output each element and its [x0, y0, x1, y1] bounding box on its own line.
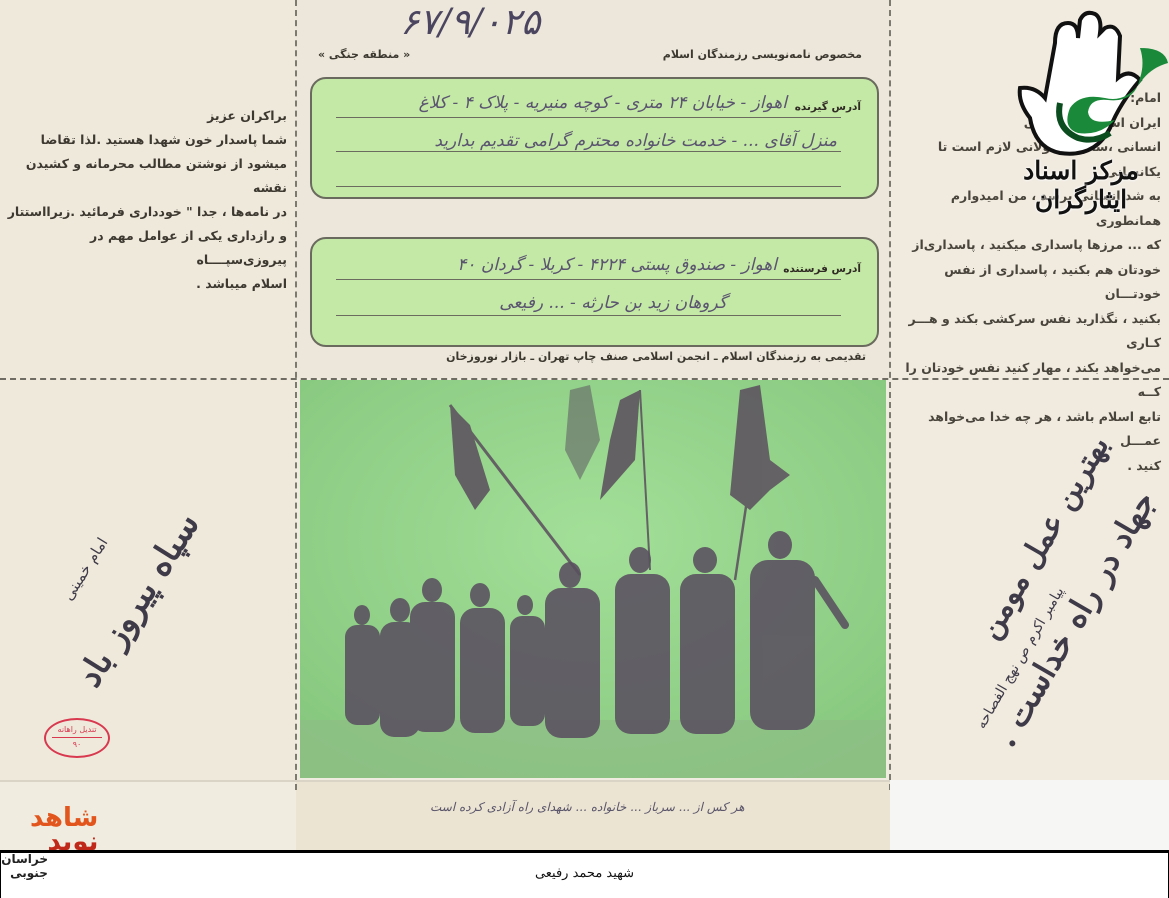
- war-zone-label: « منطقه جنگی »: [318, 48, 410, 61]
- quote-line: کنید .: [898, 454, 1161, 479]
- fold-line-right: [889, 0, 891, 790]
- stamp-text: تندیل راهانه: [52, 723, 102, 738]
- quote-line: که ... مرزها پاسداری میکنید ، پاسداری‌از: [898, 233, 1161, 258]
- recipient-handwriting-2: منزل آقای ... - خدمت خانواده محترم گرامی…: [434, 131, 837, 151]
- notice-heading: براکران عزیز: [2, 104, 287, 128]
- caption-bar: شهید محمد رفیعی: [0, 850, 1169, 898]
- notice-line: اسلام میباشد .: [2, 272, 287, 296]
- envelope-title: مخصوص نامه‌نویسی رزمندگان اسلام: [640, 48, 862, 61]
- address-line: [336, 186, 841, 187]
- quote-line: می‌خواهد بکند ، مهار کنید نفس خودتان را …: [898, 356, 1161, 405]
- sender-handwriting-2: گروهان زید بن حارثه - ... رفیعی: [499, 293, 727, 313]
- handwritten-number: ۶۷/۹/۰۲۵: [400, 2, 540, 43]
- sender-label: آدرس فرستنده: [783, 263, 861, 275]
- address-line: [336, 117, 841, 118]
- logo-wordmark: مرکز اسناد ایثارگران: [996, 156, 1166, 214]
- recipient-label: آدرس گیرنده: [795, 101, 861, 113]
- battlefield-photo: [300, 380, 886, 778]
- scanned-letter: براکران عزیز شما پاسدار خون شهدا هستید .…: [0, 0, 1169, 850]
- recipient-handwriting-1: اهواز - خیابان ۲۴ متری - کوچه منیریه - پ…: [419, 93, 787, 113]
- recipient-address-box: آدرس گیرنده اهواز - خیابان ۲۴ متری - کوچ…: [310, 77, 879, 199]
- notice-line: میشود از نوشتن مطالب محرمانه و کشیدن نقش…: [2, 152, 287, 200]
- scan-edge: [890, 780, 1169, 850]
- sender-handwriting-1: اهواز - صندوق پستی ۴۲۲۴ - کربلا - گردان …: [457, 255, 777, 275]
- marching-soldiers-image: [300, 380, 886, 778]
- red-stamp: تندیل راهانه ۹۰: [44, 718, 110, 758]
- notice-line: شما پاسدار خون شهدا هستید .لذا تقاضا: [2, 128, 287, 152]
- left-panel-notice: براکران عزیز شما پاسدار خون شهدا هستید .…: [2, 104, 287, 296]
- address-line: [336, 151, 841, 152]
- printer-credit: تقدیمی به رزمندگان اسلام ـ انجمن اسلامی …: [316, 350, 866, 363]
- quote-line: بکنید ، نگذارید نفس سرکشی بکند و هـــر ک…: [898, 307, 1161, 356]
- fold-line-left: [295, 0, 297, 790]
- caption-text: شهید محمد رفیعی: [1, 866, 1168, 881]
- stamp-number: ۹۰: [46, 738, 108, 751]
- bottom-flap: [296, 780, 890, 850]
- address-line: [336, 279, 841, 280]
- brand-logo: شاهد نوید: [30, 806, 98, 854]
- brand-subtitle: خراسان جنوبی: [10, 852, 48, 880]
- notice-line: در نامه‌ها ، جدا " خودداری فرمائید .زیرا…: [2, 200, 287, 224]
- address-line: [336, 315, 841, 316]
- bottom-handwriting: هر کس از ... سرباز ... خانواده ... شهدای…: [430, 800, 745, 814]
- notice-line: و رازداری یکی از عوامل مهم در پیروزی‌سپـ…: [2, 224, 287, 272]
- quote-line: خودتان هم بکنید ، پاسداری از نفس خودتـــ…: [898, 258, 1161, 307]
- sender-address-box: آدرس فرستنده اهواز - صندوق پستی ۴۲۲۴ - ک…: [310, 237, 879, 347]
- quote-line: تابع اسلام باشد ، هر چه خدا می‌خواهد عمـ…: [898, 405, 1161, 454]
